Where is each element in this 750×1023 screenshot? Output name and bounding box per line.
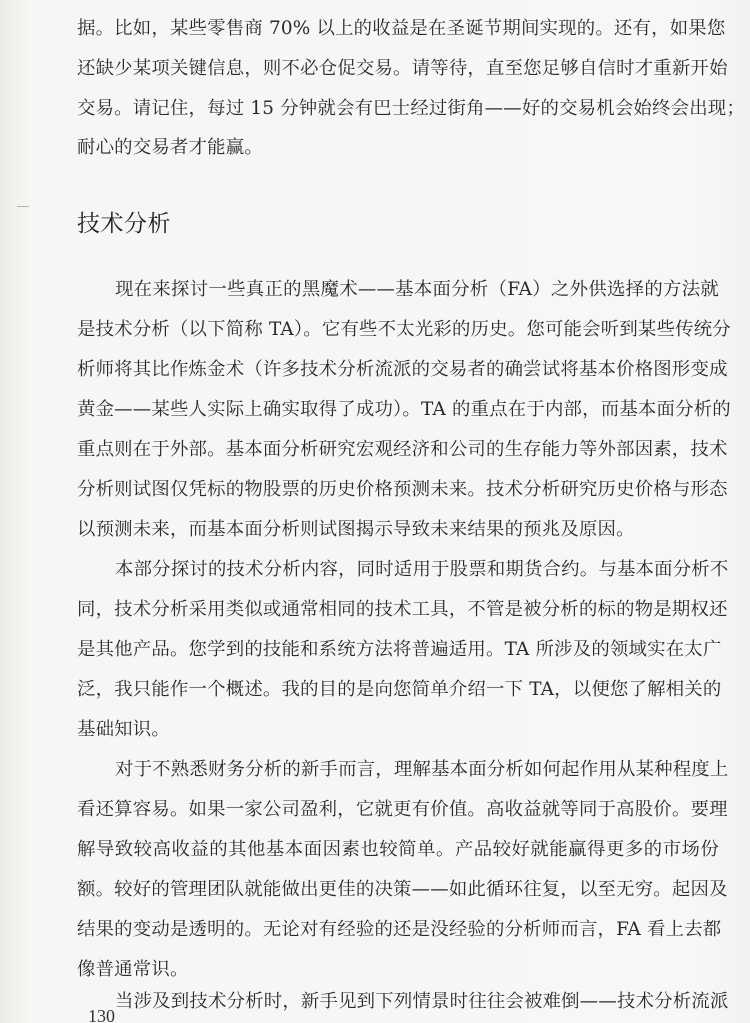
paragraph-line: 看还算容易。如果一家公司盈利，它就更有价值。高收益就等同于高股价。要理 xyxy=(77,798,719,822)
paragraph-line: 基础知识。 xyxy=(77,718,719,742)
paragraph-line: 是其他产品。您学到的技能和系统方法将普遍适用。TA 所涉及的领域实在太广 xyxy=(77,638,719,662)
paragraph-line: 现在来探讨一些真正的黑魔术——基本面分析（FA）之外供选择的方法就 xyxy=(115,278,719,302)
paragraph-line: 对于不熟悉财务分析的新手而言，理解基本面分析如何起作用从某种程度上 xyxy=(115,758,719,782)
paragraph-line: 结果的变动是透明的。无论对有经验的还是没经验的分析师而言，FA 看上去都 xyxy=(77,918,719,942)
section-heading: 技术分析 xyxy=(77,208,171,240)
paragraph-line: 以预测未来，而基本面分析则试图揭示导致未来结果的预兆及原因。 xyxy=(77,518,719,542)
paragraph-line: 黄金——某些人实际上确实取得了成功）。TA 的重点在于内部，而基本面分析的 xyxy=(77,398,719,422)
paragraph-line: 像普通常识。 xyxy=(77,958,719,982)
paragraph-line: 析师将其比作炼金术（许多技术分析流派的交易者的确尝试将基本价格图形变成 xyxy=(77,358,719,382)
paragraph-line: 重点则在于外部。基本面分析研究宏观经济和公司的生存能力等外部因素，技术 xyxy=(77,438,719,462)
paragraph-line: 是技术分析（以下简称 TA）。它有些不太光彩的历史。您可能会听到某些传统分 xyxy=(77,318,719,342)
page-number: 130 xyxy=(88,1006,115,1023)
paragraph-line: 分析则试图仅凭标的物股票的历史价格预测未来。技术分析研究历史价格与形态 xyxy=(77,478,719,502)
book-page: 据。比如，某些零售商 70% 以上的收益是在圣诞节期间实现的。还有，如果您 还缺… xyxy=(0,0,750,1023)
paragraph-line: 同，技术分析采用类似或通常相同的技术工具，不管是被分析的标的物是期权还 xyxy=(77,598,719,622)
paragraph-line: 还缺少某项关键信息，则不必仓促交易。请等待，直至您足够自信时才重新开始 xyxy=(77,57,719,81)
paragraph-line: 本部分探讨的技术分析内容，同时适用于股票和期货合约。与基本面分析不 xyxy=(115,558,719,582)
paragraph-line: 当涉及到技术分析时，新手见到下列情景时往往会被难倒——技术分析流派 xyxy=(115,990,719,1014)
paragraph-line: 额。较好的管理团队就能做出更佳的决策——如此循环往复，以至无穷。起因及 xyxy=(77,878,719,902)
paragraph-line: 据。比如，某些零售商 70% 以上的收益是在圣诞节期间实现的。还有，如果您 xyxy=(77,17,719,41)
paragraph-line: 耐心的交易者才能赢。 xyxy=(77,136,719,160)
paragraph-line: 交易。请记住，每过 15 分钟就会有巴士经过街角——好的交易机会始终会出现； xyxy=(77,97,719,121)
paragraph-line: 解导致较高收益的其他基本面因素也较简单。产品较好就能赢得更多的市场份 xyxy=(77,838,719,862)
margin-mark xyxy=(17,206,29,207)
paragraph-line: 泛，我只能作一个概述。我的目的是向您简单介绍一下 TA，以便您了解相关的 xyxy=(77,678,719,702)
